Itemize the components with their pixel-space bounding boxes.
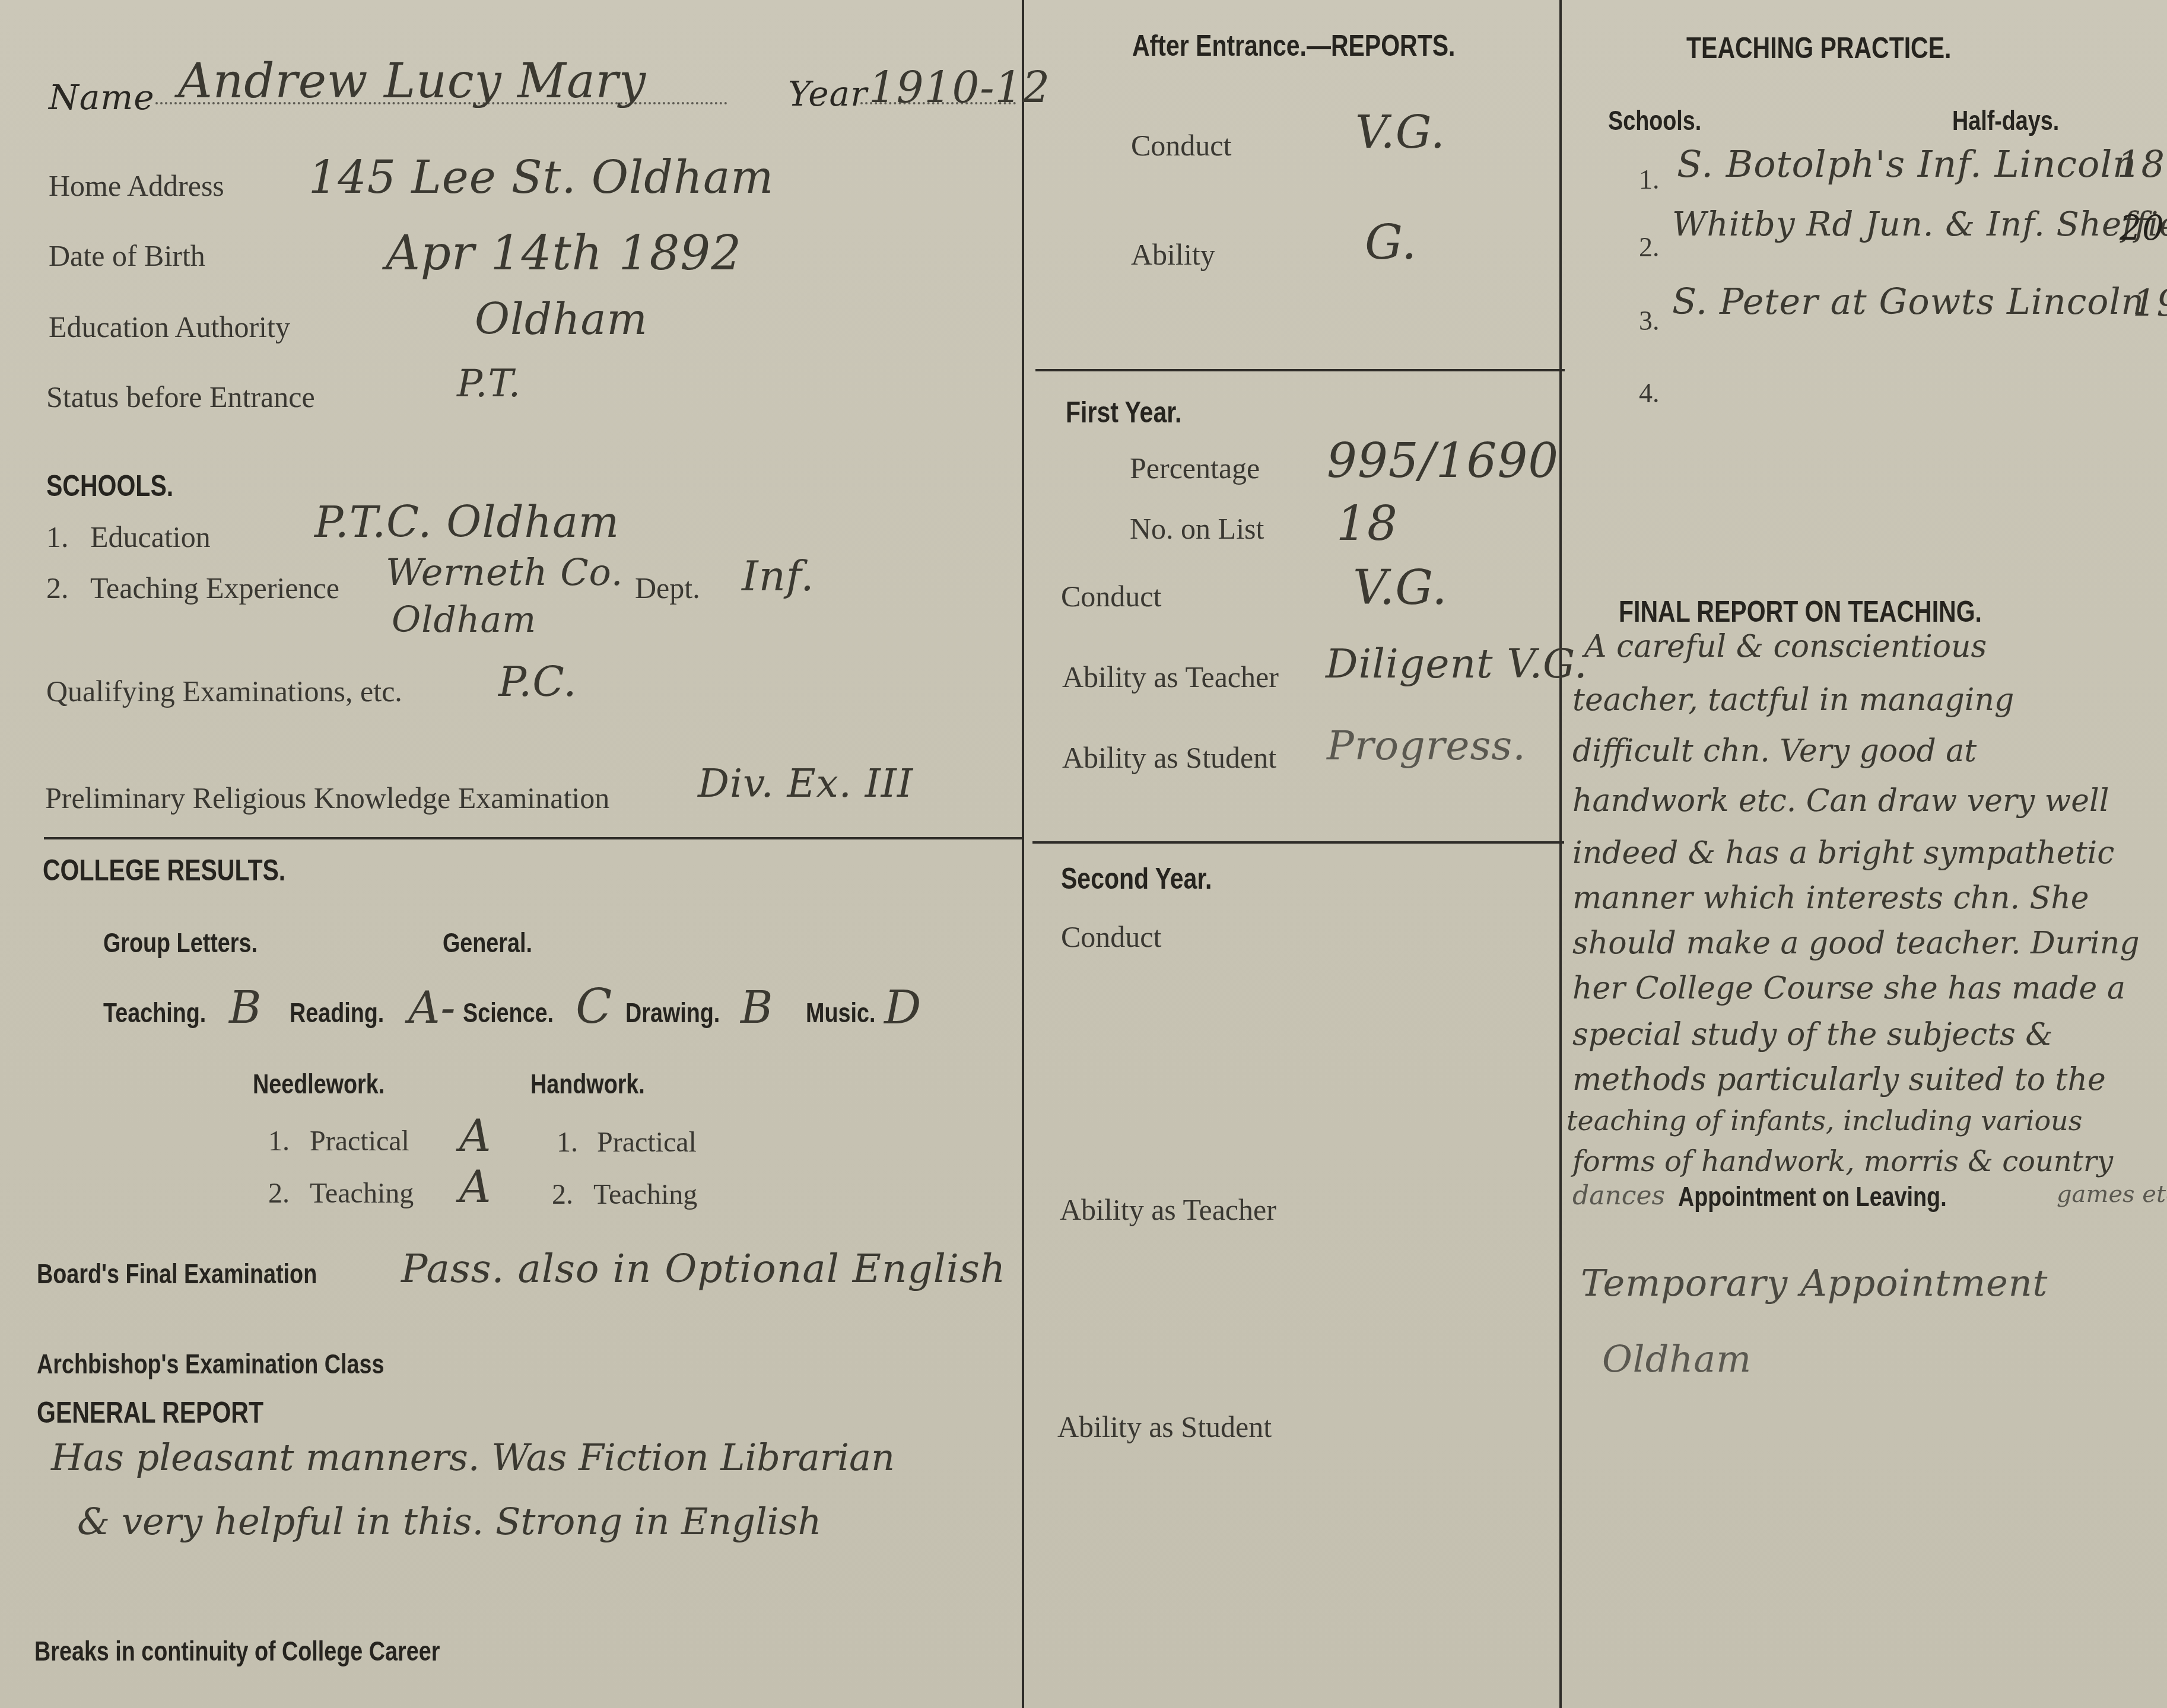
after-entrance-conduct-value: V.G. [1355, 106, 1445, 158]
practice-row-2-number: 2. [1639, 231, 1660, 263]
final-report-line: manner which interests chn. She [1572, 880, 2089, 916]
teaching-practice-heading: TEACHING PRACTICE. [1686, 31, 1951, 65]
practice-row-2-half-days: 20 [2120, 208, 2165, 248]
schools-column-label: Schools. [1608, 104, 1701, 136]
needlework-practical-label: Practical [310, 1125, 409, 1157]
first-year-ability-student-label: Ability as Student [1062, 740, 1276, 775]
handwork-practical-label: Practical [597, 1126, 697, 1159]
dept-label: Dept. [635, 571, 700, 605]
final-report-line: special study of the subjects & [1572, 1017, 2053, 1052]
needlework-heading: Needlework. [253, 1068, 385, 1100]
student-record-card: Name Andrew Lucy Mary Year 1910-12 Home … [0, 0, 2167, 1708]
grade-science-label: Science. [463, 997, 554, 1029]
home-address-label: Home Address [49, 168, 224, 203]
handwork-practical-number: 1. [557, 1126, 578, 1159]
breaks-in-continuity-label: Breaks in continuity of College Career [34, 1635, 440, 1667]
column-divider-left [1022, 0, 1024, 1708]
general-report-line-1: Has pleasant manners. Was Fiction Librar… [51, 1436, 895, 1479]
first-year-percentage-value: 995/1690 [1327, 433, 1559, 488]
appointment-value-line1: Temporary Appointment [1581, 1261, 2048, 1305]
group-letters-label: Group Letters. [103, 927, 258, 959]
education-number: 1. [46, 520, 69, 554]
college-results-heading: COLLEGE RESULTS. [43, 853, 285, 888]
dept-value: Inf. [742, 552, 814, 600]
boards-final-value: Pass. also in Optional English [401, 1246, 1006, 1292]
final-report-line: teacher, tactful in managing [1572, 682, 2014, 718]
handwork-teaching-label: Teaching [593, 1178, 697, 1211]
grade-teaching-label: Teaching. [103, 997, 206, 1029]
final-report-line: dances [1572, 1181, 1665, 1211]
needlework-practical-value: A [459, 1111, 491, 1162]
year-label: Year [788, 74, 868, 114]
after-entrance-conduct-label: Conduct [1131, 128, 1231, 163]
general-report-heading: GENERAL REPORT [37, 1395, 263, 1430]
grade-reading-value: A- [408, 982, 456, 1033]
practice-row-1-school: S. Botolph's Inf. Lincoln [1677, 142, 2137, 186]
status-label: Status before Entrance [46, 380, 315, 414]
schools-heading: SCHOOLS. [46, 469, 173, 503]
grade-reading-label: Reading. [290, 997, 384, 1029]
final-report-heading: FINAL REPORT ON TEACHING. [1619, 594, 1982, 629]
after-entrance-reports-heading: After Entrance.—REPORTS. [1132, 28, 1455, 63]
dob-value: Apr 14th 1892 [386, 225, 742, 281]
divider-left-college-results [44, 837, 1022, 839]
second-year-conduct-label: Conduct [1061, 920, 1161, 954]
education-value: P.T.C. Oldham [314, 497, 619, 547]
grade-science-value: C [576, 979, 612, 1034]
final-report-line: methods particularly suited to the [1572, 1062, 2106, 1098]
first-year-conduct-label: Conduct [1061, 579, 1161, 613]
qualifying-exams-label: Qualifying Examinations, etc. [46, 674, 402, 708]
divider-middle-first-year [1035, 369, 1565, 371]
appointment-value-line2: Oldham [1602, 1337, 1752, 1381]
practice-row-1-half-days: 18 [2117, 142, 2165, 186]
prelim-religious-exam-value: Div. Ex. III [698, 761, 913, 806]
divider-middle-second-year [1032, 841, 1564, 844]
first-year-ability-student-value: Progress. [1327, 723, 1526, 769]
archbishop-exam-label: Archbishop's Examination Class [37, 1348, 384, 1380]
final-report-tail: games etc. [2057, 1181, 2167, 1208]
education-label: Education [90, 520, 211, 554]
final-report-line: should make a good teacher. During [1572, 925, 2140, 961]
first-year-ability-teacher-label: Ability as Teacher [1062, 660, 1279, 694]
first-year-conduct-value: V.G. [1353, 560, 1448, 615]
appointment-on-leaving-label: Appointment on Leaving. [1678, 1181, 1947, 1213]
final-report-line: difficult chn. Very good at [1572, 733, 1977, 769]
practice-row-3-school: S. Peter at Gowts Lincoln [1672, 281, 2144, 323]
final-report-line: her College Course she has made a [1572, 971, 2125, 1006]
first-year-percentage-label: Percentage [1130, 451, 1260, 485]
first-year-ability-teacher-value: Diligent V.G. [1326, 641, 1588, 688]
needlework-practical-number: 1. [268, 1125, 290, 1157]
teaching-experience-value-line2: Oldham [392, 599, 536, 641]
prelim-religious-exam-label: Preliminary Religious Knowledge Examinat… [45, 781, 609, 815]
grade-teaching-value: B [229, 982, 262, 1033]
education-authority-label: Education Authority [49, 310, 290, 344]
grade-drawing-value: B [741, 982, 773, 1033]
second-year-heading: Second Year. [1061, 861, 1212, 896]
dob-label: Date of Birth [49, 238, 205, 273]
grade-music-value: D [884, 981, 922, 1035]
final-report-line: A careful & conscientious [1584, 629, 1987, 664]
second-year-ability-teacher-label: Ability as Teacher [1060, 1192, 1276, 1227]
boards-final-label: Board's Final Examination [37, 1258, 317, 1290]
final-report-line: teaching of infants, including various [1567, 1105, 2082, 1137]
year-value: 1910-12 [869, 63, 1050, 113]
second-year-ability-student-label: Ability as Student [1057, 1410, 1272, 1444]
name-value: Andrew Lucy Mary [178, 53, 646, 109]
handwork-teaching-number: 2. [552, 1178, 573, 1211]
general-report-line-2: & very helpful in this. Strong in Englis… [77, 1500, 821, 1543]
teaching-experience-number: 2. [46, 571, 69, 605]
final-report-line: handwork etc. Can draw very well [1572, 783, 2109, 819]
grade-drawing-label: Drawing. [625, 997, 720, 1029]
handwork-heading: Handwork. [530, 1068, 645, 1100]
after-entrance-ability-value: G. [1365, 215, 1417, 270]
qualifying-exams-value: P.C. [498, 657, 577, 706]
grade-music-label: Music. [806, 997, 875, 1029]
name-label: Name [49, 77, 155, 117]
teaching-experience-value-line1: Werneth Co. [386, 551, 624, 594]
practice-row-3-number: 3. [1639, 305, 1660, 336]
first-year-no-on-list-value: 18 [1336, 496, 1398, 551]
needlework-teaching-value: A [459, 1162, 491, 1213]
practice-row-3-half-days: 19 [2133, 281, 2167, 325]
practice-row-2-school: Whitby Rd Jun. & Inf. Sheffield [1672, 205, 2167, 244]
column-divider-right [1559, 0, 1562, 1708]
general-label: General. [443, 927, 532, 959]
final-report-line: forms of handwork, morris & country [1572, 1145, 2113, 1178]
half-days-column-label: Half-days. [1952, 104, 2059, 136]
status-value: P.T. [457, 362, 521, 406]
final-report-line: indeed & has a bright sympathetic [1572, 835, 2114, 871]
practice-row-1-number: 1. [1639, 164, 1660, 195]
practice-row-4-number: 4. [1639, 377, 1660, 409]
teaching-experience-label: Teaching Experience [90, 571, 339, 605]
after-entrance-ability-label: Ability [1131, 237, 1215, 272]
home-address-value: 145 Lee St. Oldham [309, 151, 774, 203]
first-year-heading: First Year. [1066, 395, 1181, 430]
first-year-no-on-list-label: No. on List [1130, 511, 1264, 546]
education-authority-value: Oldham [475, 294, 648, 344]
needlework-teaching-number: 2. [268, 1177, 290, 1210]
needlework-teaching-label: Teaching [310, 1177, 414, 1210]
